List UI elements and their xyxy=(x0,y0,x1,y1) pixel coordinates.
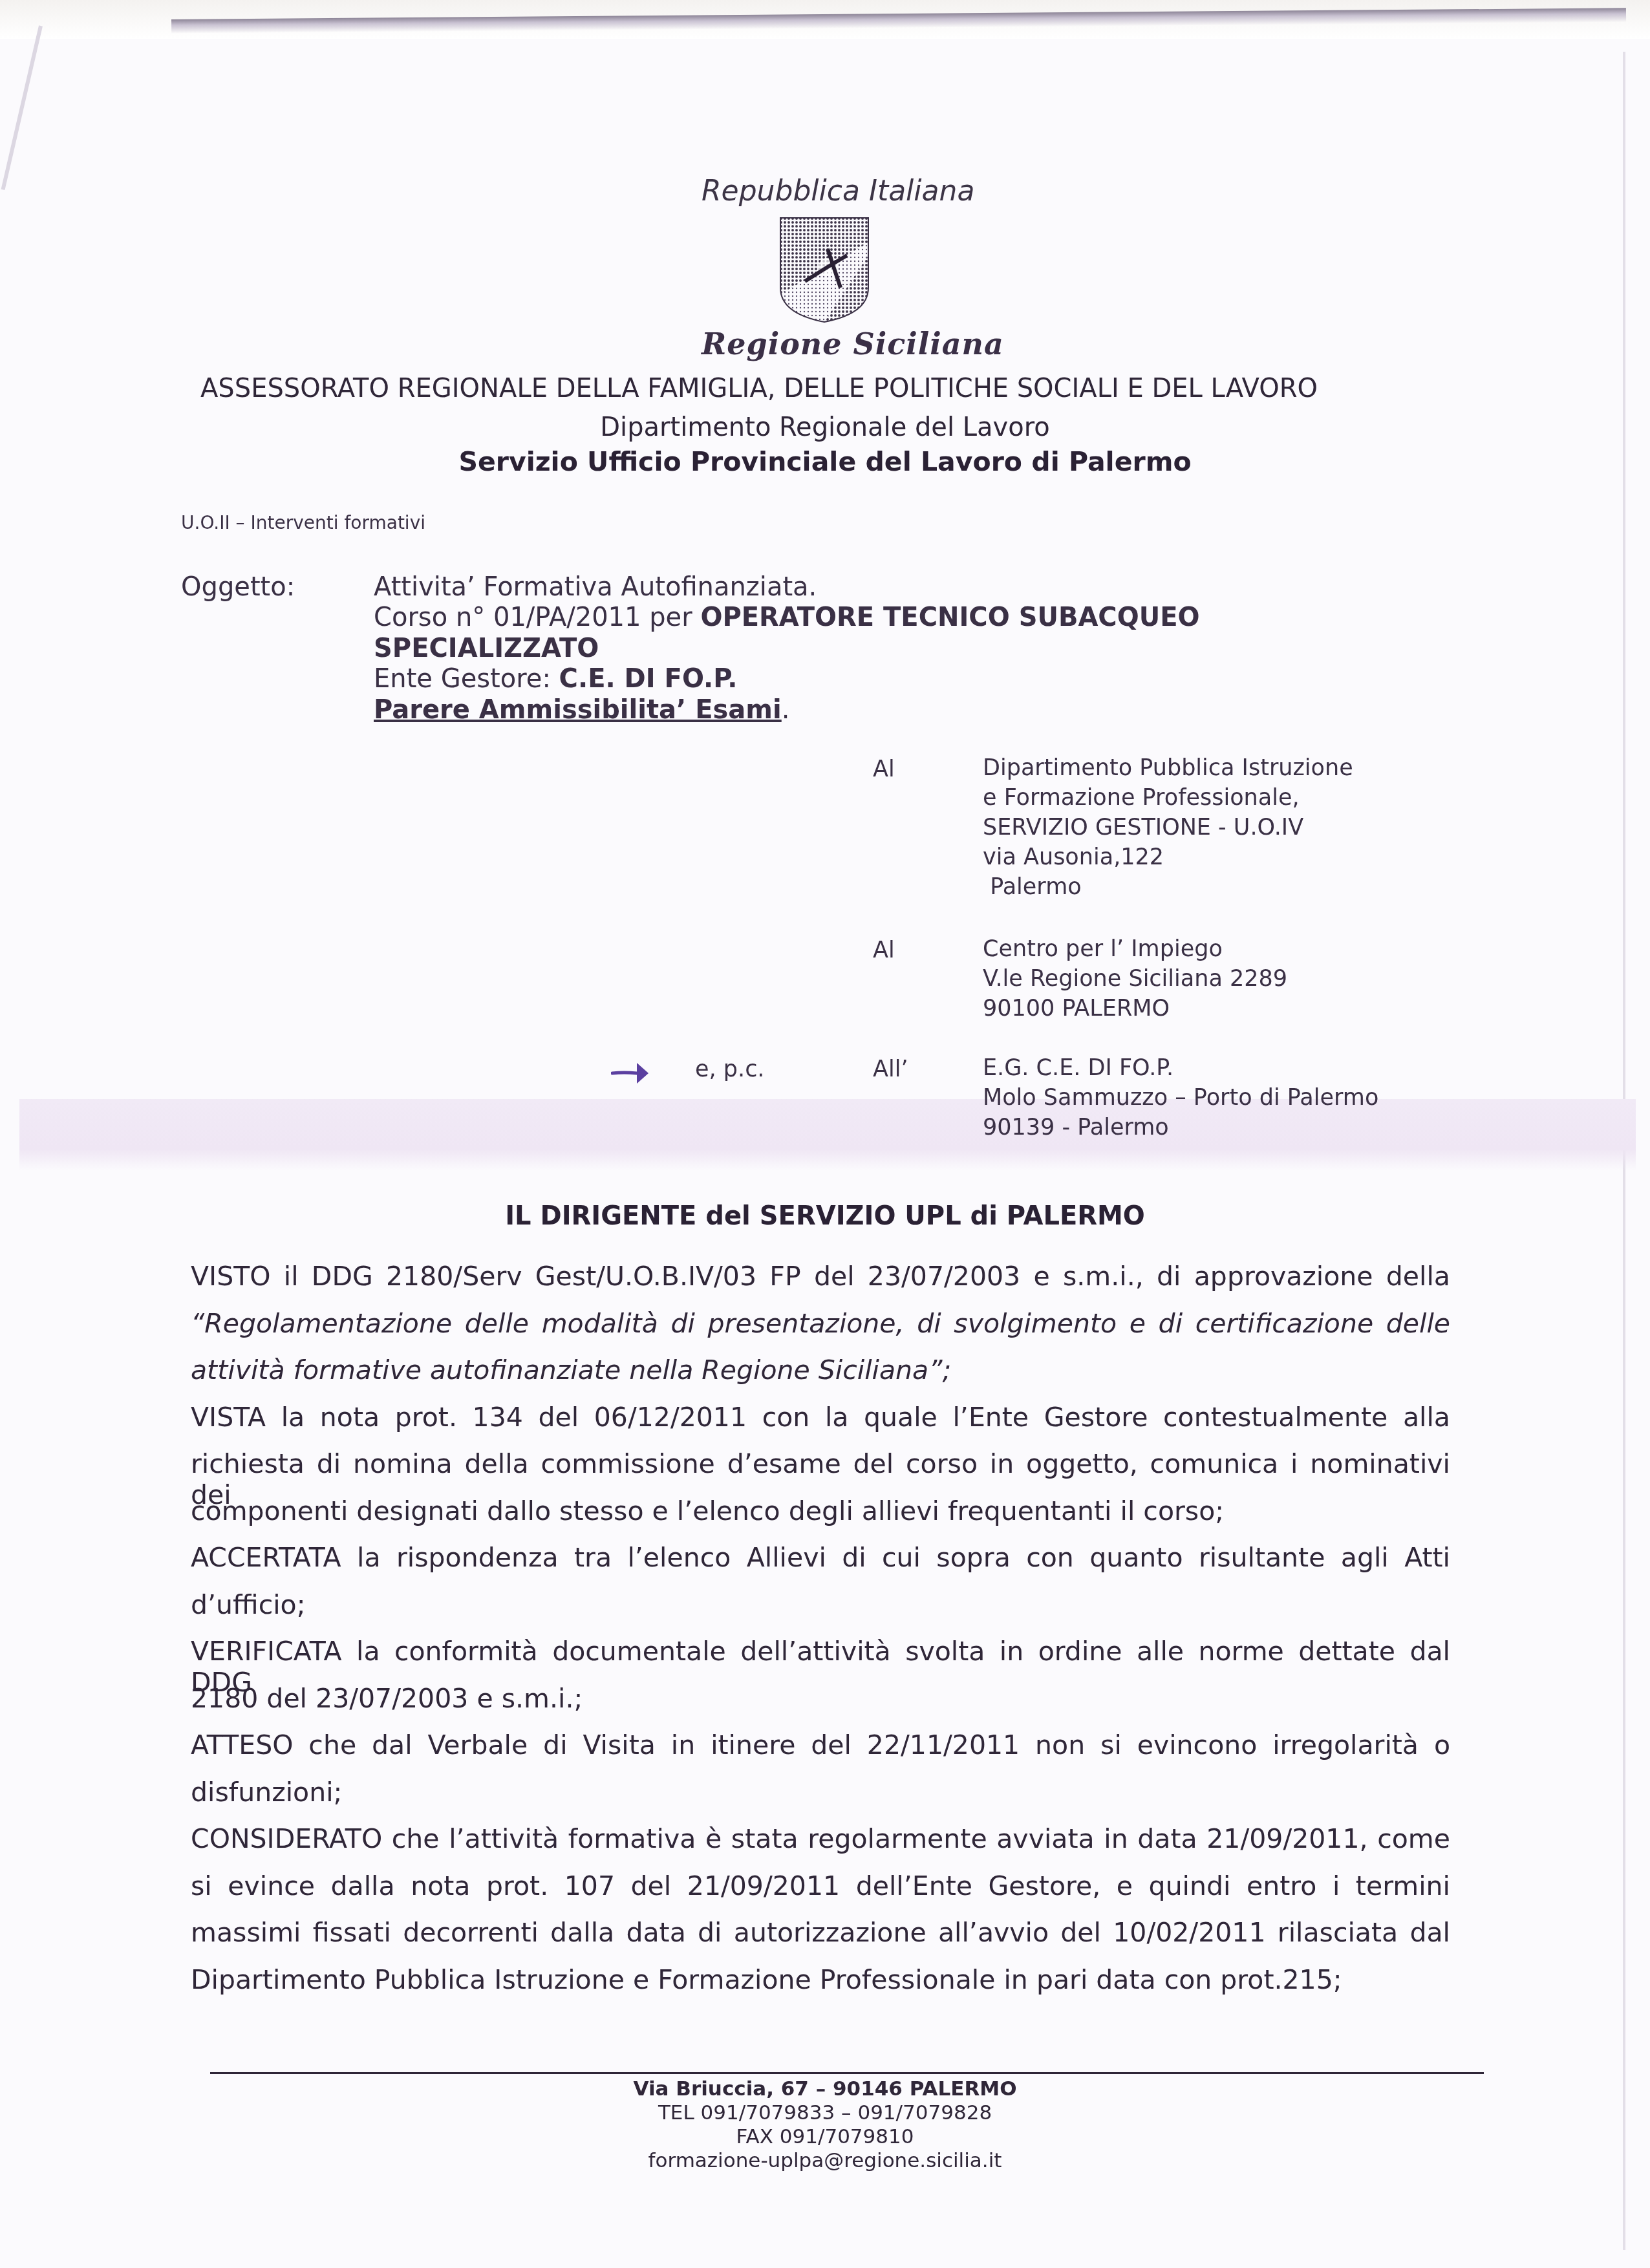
unit-label: U.O.II – Interventi formativi xyxy=(181,512,425,533)
course-title-cont: SPECIALIZZATO xyxy=(374,634,599,663)
recipient-line: Palermo xyxy=(983,874,1082,900)
subject-line-2: Corso n° 01/PA/2011 per OPERATORE TECNIC… xyxy=(374,603,1200,632)
footer-email[interactable]: formazione-uplpa@regione.sicilia.it xyxy=(0,2149,1650,2172)
region-signature: Regione Siciliana xyxy=(702,326,1004,361)
page-left-edge xyxy=(1,25,43,190)
course-number: Corso n° 01/PA/2011 per xyxy=(374,603,700,632)
body-line: si evince dalla nota prot. 107 del 21/09… xyxy=(191,1870,1450,1901)
body-line: attività formative autofinanziate nella … xyxy=(191,1354,1450,1385)
recipient-prefix: Al xyxy=(873,937,895,963)
recipient-line: 90100 PALERMO xyxy=(983,996,1170,1022)
cc-label: e, p.c. xyxy=(695,1056,765,1082)
footer-address: Via Briuccia, 67 – 90146 PALERMO xyxy=(0,2077,1650,2101)
paper-fold-band xyxy=(19,1099,1636,1170)
coat-of-arms-icon xyxy=(779,217,870,323)
republic-heading: Repubblica Italiana xyxy=(702,175,974,208)
subject-label: Oggetto: xyxy=(181,572,295,602)
document-title: IL DIRIGENTE del SERVIZIO UPL di PALERMO xyxy=(0,1201,1650,1231)
service-heading: Servizio Ufficio Provinciale del Lavoro … xyxy=(0,446,1650,477)
department-heading: Dipartimento Regionale del Lavoro xyxy=(0,412,1650,442)
handwritten-arrow-icon xyxy=(611,1060,656,1086)
recipient-line: Centro per l’ Impiego xyxy=(983,936,1223,962)
footer-divider xyxy=(210,2072,1484,2074)
opinion-title: Parere Ammissibilita’ Esami xyxy=(374,695,782,725)
footer-fax: FAX 091/7079810 xyxy=(0,2125,1650,2148)
body-line: CONSIDERATO che l’attività formativa è s… xyxy=(191,1823,1450,1854)
body-line: VISTA la nota prot. 134 del 06/12/2011 c… xyxy=(191,1402,1450,1433)
managing-body-label: Ente Gestore: xyxy=(374,664,559,694)
body-line: componenti designati dallo stesso e l’el… xyxy=(191,1495,1450,1526)
recipient-line: e Formazione Professionale, xyxy=(983,785,1300,811)
recipient-line: SERVIZIO GESTIONE - U.O.IV xyxy=(983,815,1303,840)
body-line: “Regolamentazione delle modalità di pres… xyxy=(191,1308,1450,1339)
recipient-line: Dipartimento Pubblica Istruzione xyxy=(983,755,1353,781)
body-line: 2180 del 23/07/2003 e s.m.i.; xyxy=(191,1683,1450,1714)
managing-body-name: C.E. DI FO.P. xyxy=(559,664,738,694)
body-line: massimi fissati decorrenti dalla data di… xyxy=(191,1917,1450,1948)
body-line: ATTESO che dal Verbale di Visita in itin… xyxy=(191,1729,1450,1760)
recipient-line: via Ausonia,122 xyxy=(983,844,1164,870)
body-line: d’ufficio; xyxy=(191,1589,1450,1620)
recipient-prefix: All’ xyxy=(873,1056,908,1082)
body-line: ACCERTATA la rispondenza tra l’elenco Al… xyxy=(191,1542,1450,1573)
course-title: OPERATORE TECNICO SUBACQUEO xyxy=(700,603,1199,632)
subject-line-5: Parere Ammissibilita’ Esami. xyxy=(374,695,789,725)
body-line: disfunzioni; xyxy=(191,1777,1450,1808)
recipient-line: E.G. C.E. DI FO.P. xyxy=(983,1055,1173,1081)
opinion-title-period: . xyxy=(782,695,790,725)
recipient-line: Molo Sammuzzo – Porto di Palermo xyxy=(983,1085,1378,1111)
assessorato-heading: ASSESSORATO REGIONALE DELLA FAMIGLIA, DE… xyxy=(200,374,1318,403)
body-line: Dipartimento Pubblica Istruzione e Forma… xyxy=(191,1964,1450,1995)
subject-line-1: Attivita’ Formativa Autofinanziata. xyxy=(374,572,817,602)
recipient-line: V.le Regione Siciliana 2289 xyxy=(983,966,1287,992)
body-line: VISTO il DDG 2180/Serv Gest/U.O.B.IV/03 … xyxy=(191,1261,1450,1292)
footer-phone: TEL 091/7079833 – 091/7079828 xyxy=(0,2101,1650,2124)
subject-line-4: Ente Gestore: C.E. DI FO.P. xyxy=(374,664,737,694)
recipient-line: 90139 - Palermo xyxy=(983,1115,1169,1140)
recipient-prefix: Al xyxy=(873,756,895,782)
